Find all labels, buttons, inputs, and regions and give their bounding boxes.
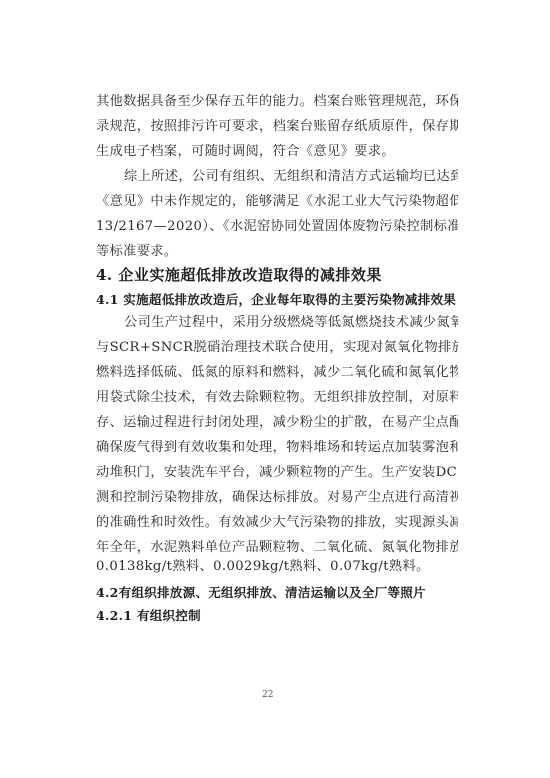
body-text-line: 的准确性和时效性。有效减少大气污染物的排放，实现源头减排的目标。2024 <box>96 515 458 531</box>
body-text-line: 存、运输过程进行封闭处理，减少粉尘的扩散，在易产尘点配置废气收集装置， <box>96 415 458 431</box>
body-text-line: 生成电子档案，可随时调阅，符合《意见》要求。 <box>96 144 458 160</box>
body-text-line: 录规范，按照排污许可要求，档案台账留存纸质原件，保存期限不少于五年，并 <box>96 119 458 135</box>
body-text-line: 测和控制污染物排放，确保达标排放。对易产尘点进行高清视频监控，提高监管 <box>96 490 458 506</box>
body-text-line: 用袋式除尘技术，有效去除颗粒物。无组织排放控制，对原料、燃料和产品的储 <box>96 390 458 406</box>
subsection-heading-4-2: 4.2有组织排放源、无组织排放、清洁运输以及全厂等照片 <box>96 583 426 601</box>
body-text-line: 0.0138kg/t熟料、0.0029kg/t熟料、0.07kg/t熟料。 <box>96 559 458 575</box>
body-text-line: 其他数据具备至少保存五年的能力。档案台账管理规范，环保档案保存完整，记 <box>96 94 458 110</box>
body-text-line: 与SCR+SNCR脱硝治理技术联合使用，实现对氮氧化物排放的深度治理。原料和 <box>96 340 458 356</box>
page-number: 22 <box>262 690 273 700</box>
body-text-line: 《意见》中未作规定的，能够满足《水泥工业大气污染物超低排放标准》（DB <box>96 194 458 210</box>
body-text-line: 公司生产过程中，采用分级燃烧等低氮燃烧技术减少氮氧化物的生成，同时 <box>124 315 458 331</box>
body-text-line: 等标准要求。 <box>96 244 458 260</box>
body-text-line: 13/2167—2020）、《水泥窑协同处置固体废物污染控制标准》（GB 304… <box>96 219 458 235</box>
subsection-heading-4-2-1: 4.2.1 有组织控制 <box>96 606 201 624</box>
body-text-line: 年全年，水泥熟料单位产品颗粒物、二氧化硫、氮氧化物排放强度分别为 <box>96 540 458 556</box>
body-text-line: 综上所述，公司有组织、无组织和清洁方式运输均已达到超低排放指标要求。 <box>124 169 458 185</box>
section-heading-4: 4. 企业实施超低排放改造取得的减排效果 <box>96 264 382 285</box>
document-page: 其他数据具备至少保存五年的能力。档案台账管理规范，环保档案保存完整，记 录规范，… <box>0 0 550 778</box>
body-text-line: 动堆积门，安装洗车平台，减少颗粒物的产生。生产安装DCS和CEMS，实时监 <box>96 465 458 481</box>
body-text-line: 确保废气得到有效收集和处理，物料堆场和转运点加装雾泡和喷淋，出口配有电 <box>96 440 458 456</box>
subsection-heading-4-1: 4.1 实施超低排放改造后，企业每年取得的主要污染物减排效果 <box>96 290 456 308</box>
body-text-line: 燃料选择低硫、低氮的原料和燃料，减少二氧化硫和氮氧化物的产生。颗粒物采 <box>96 365 458 381</box>
